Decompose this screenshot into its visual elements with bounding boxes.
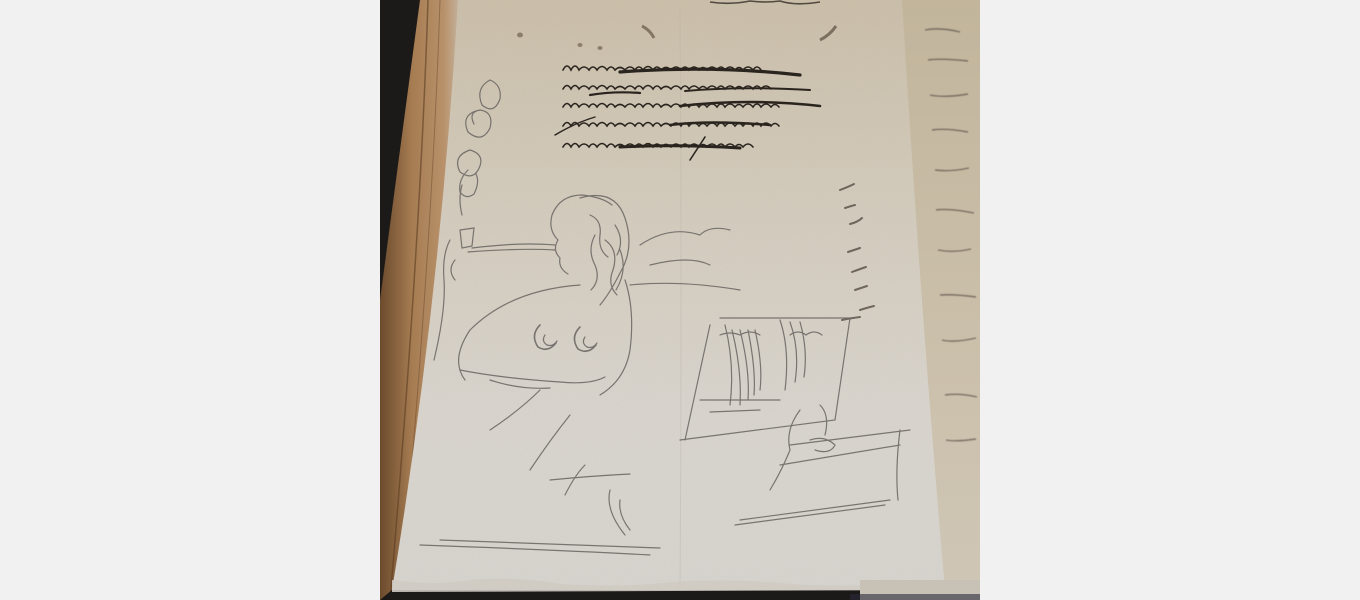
manuscript-illustration <box>380 0 980 600</box>
manuscript-photo <box>380 0 980 600</box>
